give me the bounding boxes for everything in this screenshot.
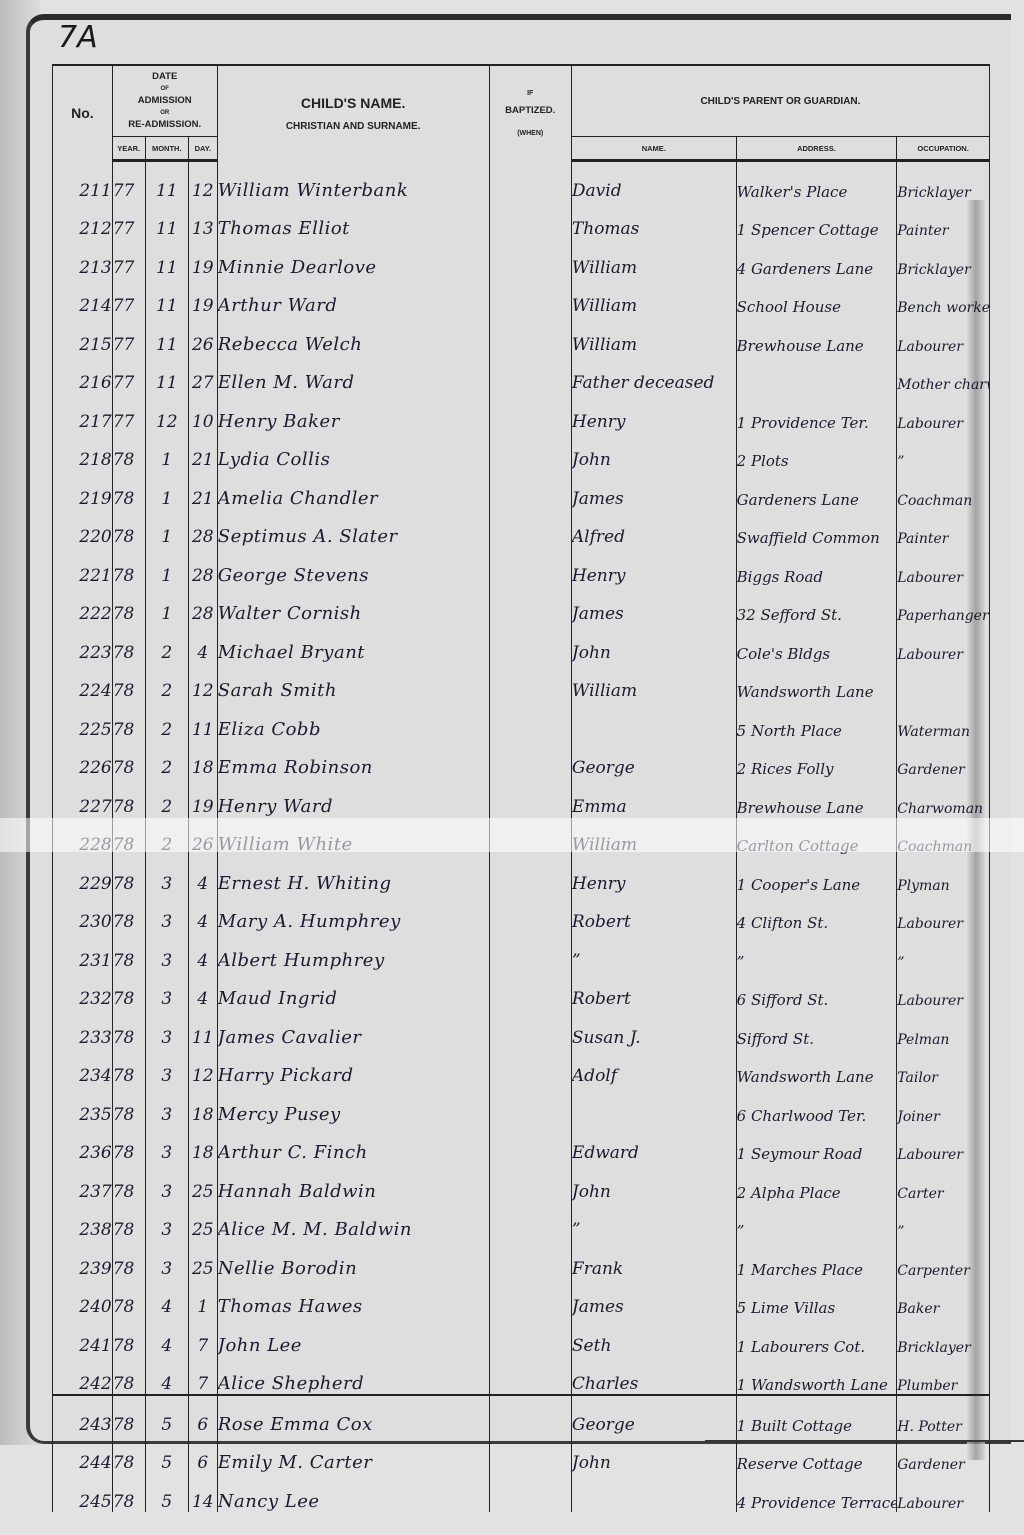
admission-month: 3	[145, 971, 188, 1010]
entry-number: 234	[53, 1048, 113, 1087]
baptized-date	[489, 932, 571, 971]
child-name: Alice M. M. Baldwin	[217, 1202, 489, 1241]
register-row: 213771119Minnie DearloveWilliam4 Gardene…	[53, 239, 990, 278]
entry-number: 231	[53, 932, 113, 971]
parent-occupation: ”	[897, 932, 990, 971]
register-row: 22478212Sarah SmithWilliamWandsworth Lan…	[53, 663, 990, 702]
admission-year: 78	[112, 1086, 145, 1125]
register-row: 24578514Nancy Lee4 Providence TerraceLab…	[53, 1473, 990, 1512]
parent-address: 1 Cooper's Lane	[736, 855, 897, 894]
baptized-date	[489, 1435, 571, 1474]
child-name: William Winterbank	[217, 161, 489, 201]
parent-address: ”	[736, 932, 897, 971]
parent-name: Susan J.	[571, 1009, 736, 1048]
parent-occupation: Pelman	[897, 1009, 990, 1048]
admission-day: 1	[188, 1279, 217, 1318]
child-name: William White	[217, 817, 489, 856]
admission-month: 1	[145, 432, 188, 471]
parent-name	[571, 1473, 736, 1512]
admission-year: 78	[112, 1395, 145, 1435]
child-name: Sarah Smith	[217, 663, 489, 702]
parent-occupation: Gardener	[897, 740, 990, 779]
register-row: 2307834Mary A. HumphreyRobert4 Clifton S…	[53, 894, 990, 933]
entry-number: 212	[53, 201, 113, 240]
child-name: Albert Humphrey	[217, 932, 489, 971]
baptized-date	[489, 1356, 571, 1396]
parent-name: Henry	[571, 547, 736, 586]
header-year: Year.	[112, 137, 145, 161]
admission-month: 11	[145, 316, 188, 355]
header-day: Day.	[188, 137, 217, 161]
parent-name: ”	[571, 1202, 736, 1241]
child-name: John Lee	[217, 1317, 489, 1356]
parent-name: William	[571, 239, 736, 278]
admission-day: 13	[188, 201, 217, 240]
baptized-date	[489, 1240, 571, 1279]
entry-number: 224	[53, 663, 113, 702]
parent-address: 5 Lime Villas	[736, 1279, 897, 1318]
child-name: Walter Cornish	[217, 586, 489, 625]
baptized-date	[489, 201, 571, 240]
admission-year: 78	[112, 432, 145, 471]
admission-month: 4	[145, 1279, 188, 1318]
parent-occupation: Bricklayer	[897, 1317, 990, 1356]
entry-number: 245	[53, 1473, 113, 1512]
child-name: Nellie Borodin	[217, 1240, 489, 1279]
parent-occupation: Carpenter	[897, 1240, 990, 1279]
parent-name	[571, 1086, 736, 1125]
parent-name: Frank	[571, 1240, 736, 1279]
baptized-date	[489, 239, 571, 278]
parent-address: 4 Gardeners Lane	[736, 239, 897, 278]
admission-month: 5	[145, 1435, 188, 1474]
register-row: 2327834Maud IngridRobert6 Sifford St.Lab…	[53, 971, 990, 1010]
admission-day: 4	[188, 894, 217, 933]
parent-name: David	[571, 161, 736, 201]
admission-day: 19	[188, 278, 217, 317]
parent-address: 2 Alpha Place	[736, 1163, 897, 1202]
parent-address: 1 Spencer Cottage	[736, 201, 897, 240]
header-baptized: If Baptized. (When)	[489, 65, 571, 161]
entry-number: 214	[53, 278, 113, 317]
header-parent: Child's Parent or Guardian.	[571, 65, 989, 137]
register-row: 23478312Harry PickardAdolfWandsworth Lan…	[53, 1048, 990, 1087]
child-name: Lydia Collis	[217, 432, 489, 471]
child-name: Arthur C. Finch	[217, 1125, 489, 1164]
admission-day: 25	[188, 1202, 217, 1241]
admission-day: 14	[188, 1473, 217, 1512]
register-row: 22778219Henry WardEmmaBrewhouse LaneChar…	[53, 778, 990, 817]
baptized-date	[489, 278, 571, 317]
header-child-name-sub: Christian and Surname.	[286, 121, 421, 132]
page-number: 7A	[58, 20, 98, 55]
entry-number: 233	[53, 1009, 113, 1048]
register-row: 2427847Alice ShepherdCharles1 Wandsworth…	[53, 1356, 990, 1396]
parent-address: 6 Sifford St.	[736, 971, 897, 1010]
admission-month: 3	[145, 1240, 188, 1279]
admission-day: 21	[188, 470, 217, 509]
parent-address: Cole's Bldgs	[736, 624, 897, 663]
parent-address: Wandsworth Lane	[736, 1048, 897, 1087]
entry-number: 228	[53, 817, 113, 856]
admission-month: 5	[145, 1395, 188, 1435]
register-row: 2317834Albert Humphrey”””	[53, 932, 990, 971]
admission-day: 12	[188, 161, 217, 201]
parent-name	[571, 701, 736, 740]
entry-number: 244	[53, 1435, 113, 1474]
child-name: Amelia Chandler	[217, 470, 489, 509]
header-no: No.	[53, 65, 113, 161]
admission-day: 21	[188, 432, 217, 471]
admission-year: 78	[112, 971, 145, 1010]
entry-number: 215	[53, 316, 113, 355]
admission-year: 78	[112, 740, 145, 779]
admission-day: 11	[188, 1009, 217, 1048]
baptized-date	[489, 1009, 571, 1048]
admission-month: 3	[145, 1048, 188, 1087]
register-row: 22678218Emma RobinsonGeorge2 Rices Folly…	[53, 740, 990, 779]
admission-day: 27	[188, 355, 217, 394]
child-name: Ellen M. Ward	[217, 355, 489, 394]
admission-month: 5	[145, 1473, 188, 1512]
parent-occupation: Labourer	[897, 1473, 990, 1512]
parent-address: ”	[736, 1202, 897, 1241]
parent-occupation: Labourer	[897, 894, 990, 933]
parent-name: William	[571, 316, 736, 355]
parent-occupation: Bricklayer	[897, 161, 990, 201]
admission-register-table: No. Date of Admission or Re-Admission. C…	[52, 64, 990, 1512]
admission-month: 3	[145, 1202, 188, 1241]
parent-name: Charles	[571, 1356, 736, 1396]
parent-name: George	[571, 740, 736, 779]
parent-address: 1 Providence Ter.	[736, 393, 897, 432]
baptized-date	[489, 855, 571, 894]
entry-number: 242	[53, 1356, 113, 1396]
parent-address: 32 Sefford St.	[736, 586, 897, 625]
admission-month: 1	[145, 509, 188, 548]
parent-name: ”	[571, 932, 736, 971]
header-date: Date of Admission or Re-Admission.	[112, 65, 217, 137]
admission-day: 19	[188, 778, 217, 817]
entry-number: 238	[53, 1202, 113, 1241]
parent-occupation: Labourer	[897, 971, 990, 1010]
parent-address: 4 Providence Terrace	[736, 1473, 897, 1512]
child-name: Mary A. Humphrey	[217, 894, 489, 933]
register-row: 22178128George StevensHenryBiggs RoadLab…	[53, 547, 990, 586]
entry-number: 216	[53, 355, 113, 394]
entry-number: 227	[53, 778, 113, 817]
entry-number: 230	[53, 894, 113, 933]
entry-number: 220	[53, 509, 113, 548]
parent-address: 4 Clifton St.	[736, 894, 897, 933]
baptized-date	[489, 547, 571, 586]
child-name: Eliza Cobb	[217, 701, 489, 740]
header-date-line2: Admission	[138, 95, 192, 106]
register-row: 23578318Mercy Pusey6 Charlwood Ter.Joine…	[53, 1086, 990, 1125]
parent-occupation: Baker	[897, 1279, 990, 1318]
header-month: Month.	[145, 137, 188, 161]
admission-year: 78	[112, 778, 145, 817]
entry-number: 232	[53, 971, 113, 1010]
admission-year: 78	[112, 1317, 145, 1356]
parent-name: Robert	[571, 971, 736, 1010]
baptized-date	[489, 1202, 571, 1241]
admission-month: 3	[145, 1125, 188, 1164]
parent-name: Edward	[571, 1125, 736, 1164]
parent-address: 1 Marches Place	[736, 1240, 897, 1279]
header-parent-name: Name.	[571, 137, 736, 161]
parent-name: Robert	[571, 894, 736, 933]
parent-name: James	[571, 470, 736, 509]
admission-year: 78	[112, 1009, 145, 1048]
parent-name: Henry	[571, 855, 736, 894]
admission-day: 6	[188, 1435, 217, 1474]
child-name: Harry Pickard	[217, 1048, 489, 1087]
child-name: Minnie Dearlove	[217, 239, 489, 278]
parent-address: 1 Seymour Road	[736, 1125, 897, 1164]
baptized-date	[489, 894, 571, 933]
admission-month: 1	[145, 586, 188, 625]
admission-month: 1	[145, 547, 188, 586]
parent-address: Brewhouse Lane	[736, 778, 897, 817]
admission-year: 78	[112, 1435, 145, 1474]
parent-occupation: ”	[897, 1202, 990, 1241]
register-row: 2237824Michael BryantJohnCole's BldgsLab…	[53, 624, 990, 663]
parent-occupation: Labourer	[897, 316, 990, 355]
admission-day: 18	[188, 1086, 217, 1125]
baptized-date	[489, 161, 571, 201]
parent-address: 1 Built Cottage	[736, 1395, 897, 1435]
register-row: 23678318Arthur C. FinchEdward1 Seymour R…	[53, 1125, 990, 1164]
baptized-date	[489, 470, 571, 509]
baptized-date	[489, 393, 571, 432]
admission-day: 28	[188, 586, 217, 625]
admission-month: 3	[145, 1163, 188, 1202]
admission-year: 78	[112, 663, 145, 702]
parent-occupation: Painter	[897, 201, 990, 240]
child-name: Ernest H. Whiting	[217, 855, 489, 894]
admission-month: 11	[145, 201, 188, 240]
parent-address: Carlton Cottage	[736, 817, 897, 856]
header-parent-title: Child's Parent or Guardian.	[700, 96, 860, 107]
admission-year: 77	[112, 393, 145, 432]
admission-year: 77	[112, 201, 145, 240]
baptized-date	[489, 1395, 571, 1435]
child-name: Michael Bryant	[217, 624, 489, 663]
parent-name: John	[571, 432, 736, 471]
entry-number: 223	[53, 624, 113, 663]
baptized-date	[489, 1317, 571, 1356]
parent-occupation: Tailor	[897, 1048, 990, 1087]
child-name: Hannah Baldwin	[217, 1163, 489, 1202]
admission-year: 78	[112, 586, 145, 625]
admission-year: 78	[112, 932, 145, 971]
parent-name: Father deceased	[571, 355, 736, 394]
baptized-date	[489, 1086, 571, 1125]
parent-occupation: Labourer	[897, 1125, 990, 1164]
admission-year: 78	[112, 1202, 145, 1241]
register-row: 22578211Eliza Cobb5 North PlaceWaterman	[53, 701, 990, 740]
baptized-date	[489, 1163, 571, 1202]
admission-day: 18	[188, 1125, 217, 1164]
admission-day: 18	[188, 740, 217, 779]
child-name: Rose Emma Cox	[217, 1395, 489, 1435]
header-no-label: No.	[71, 105, 94, 121]
baptized-date	[489, 663, 571, 702]
parent-name: Adolf	[571, 1048, 736, 1087]
parent-occupation: Labourer	[897, 624, 990, 663]
parent-name: James	[571, 1279, 736, 1318]
admission-year: 77	[112, 316, 145, 355]
baptized-date	[489, 1279, 571, 1318]
register-row: 21878121Lydia CollisJohn2 Plots”	[53, 432, 990, 471]
parent-address: Walker's Place	[736, 161, 897, 201]
admission-month: 11	[145, 239, 188, 278]
parent-name: Emma	[571, 778, 736, 817]
child-name: Henry Baker	[217, 393, 489, 432]
admission-month: 2	[145, 663, 188, 702]
parent-address	[736, 355, 897, 394]
parent-occupation: Charwoman	[897, 778, 990, 817]
admission-year: 78	[112, 701, 145, 740]
parent-name: William	[571, 817, 736, 856]
entry-number: 219	[53, 470, 113, 509]
child-name: James Cavalier	[217, 1009, 489, 1048]
register-row: 2417847John LeeSeth1 Labourers Cot.Brick…	[53, 1317, 990, 1356]
child-name: Thomas Hawes	[217, 1279, 489, 1318]
register-row: 212771113Thomas ElliotThomas1 Spencer Co…	[53, 201, 990, 240]
parent-address: 5 North Place	[736, 701, 897, 740]
baptized-date	[489, 740, 571, 779]
header-date-line3: Re-Admission.	[128, 119, 201, 130]
baptized-date	[489, 971, 571, 1010]
parent-address: Sifford St.	[736, 1009, 897, 1048]
child-name: Arthur Ward	[217, 278, 489, 317]
parent-address: Biggs Road	[736, 547, 897, 586]
register-row: 23778325Hannah BaldwinJohn2 Alpha PlaceC…	[53, 1163, 990, 1202]
child-name: Mercy Pusey	[217, 1086, 489, 1125]
admission-day: 28	[188, 547, 217, 586]
parent-address: 2 Rices Folly	[736, 740, 897, 779]
admission-day: 7	[188, 1317, 217, 1356]
admission-month: 2	[145, 778, 188, 817]
register-row: 215771126Rebecca WelchWilliamBrewhouse L…	[53, 316, 990, 355]
entry-number: 243	[53, 1395, 113, 1435]
header-date-or: or	[113, 107, 217, 119]
admission-day: 10	[188, 393, 217, 432]
parent-occupation: Bricklayer	[897, 239, 990, 278]
admission-day: 4	[188, 624, 217, 663]
admission-day: 28	[188, 509, 217, 548]
admission-year: 78	[112, 817, 145, 856]
entry-number: 218	[53, 432, 113, 471]
admission-month: 11	[145, 355, 188, 394]
parent-name: Thomas	[571, 201, 736, 240]
admission-month: 2	[145, 624, 188, 663]
parent-name: Alfred	[571, 509, 736, 548]
page-bottom-rule	[705, 1440, 1024, 1442]
register-row: 23978325Nellie BorodinFrank1 Marches Pla…	[53, 1240, 990, 1279]
parent-occupation: Labourer	[897, 393, 990, 432]
admission-year: 77	[112, 278, 145, 317]
register-row: 2437856Rose Emma CoxGeorge1 Built Cottag…	[53, 1395, 990, 1435]
child-name: Nancy Lee	[217, 1473, 489, 1512]
register-row: 2407841Thomas HawesJames5 Lime VillasBak…	[53, 1279, 990, 1318]
entry-number: 217	[53, 393, 113, 432]
parent-address: Wandsworth Lane	[736, 663, 897, 702]
admission-year: 78	[112, 1240, 145, 1279]
admission-month: 2	[145, 740, 188, 779]
admission-day: 25	[188, 1163, 217, 1202]
admission-day: 4	[188, 971, 217, 1010]
entry-number: 226	[53, 740, 113, 779]
admission-month: 4	[145, 1356, 188, 1396]
parent-occupation: Paperhanger	[897, 586, 990, 625]
admission-year: 78	[112, 470, 145, 509]
admission-day: 19	[188, 239, 217, 278]
admission-year: 78	[112, 624, 145, 663]
parent-occupation	[897, 663, 990, 702]
parent-occupation: Coachman	[897, 817, 990, 856]
admission-year: 77	[112, 355, 145, 394]
entry-number: 211	[53, 161, 113, 201]
parent-name: Henry	[571, 393, 736, 432]
parent-name: William	[571, 278, 736, 317]
admission-day: 26	[188, 817, 217, 856]
parent-address: 1 Labourers Cot.	[736, 1317, 897, 1356]
admission-day: 7	[188, 1356, 217, 1396]
baptized-date	[489, 1473, 571, 1512]
baptized-date	[489, 316, 571, 355]
parent-occupation: Waterman	[897, 701, 990, 740]
entry-number: 237	[53, 1163, 113, 1202]
parent-address: 1 Wandsworth Lane	[736, 1356, 897, 1396]
parent-address: 6 Charlwood Ter.	[736, 1086, 897, 1125]
parent-occupation: Plyman	[897, 855, 990, 894]
admission-day: 26	[188, 316, 217, 355]
header-baptized-when: (When)	[490, 130, 571, 137]
admission-year: 78	[112, 1356, 145, 1396]
parent-occupation: Carter	[897, 1163, 990, 1202]
admission-year: 78	[112, 1163, 145, 1202]
parent-name: William	[571, 663, 736, 702]
baptized-date	[489, 355, 571, 394]
parent-occupation: H. Potter	[897, 1395, 990, 1435]
baptized-date	[489, 778, 571, 817]
header-child-name: Child's Name. Christian and Surname.	[217, 65, 489, 161]
child-name: Septimus A. Slater	[217, 509, 489, 548]
register-row: 22078128Septimus A. SlaterAlfredSwaffiel…	[53, 509, 990, 548]
admission-year: 78	[112, 547, 145, 586]
parent-occupation: Painter	[897, 509, 990, 548]
parent-occupation: Coachman	[897, 470, 990, 509]
child-name: Thomas Elliot	[217, 201, 489, 240]
child-name: Emma Robinson	[217, 740, 489, 779]
admission-year: 78	[112, 894, 145, 933]
header-parent-address: Address.	[736, 137, 897, 161]
register-row: 216771127Ellen M. WardFather deceasedMot…	[53, 355, 990, 394]
admission-month: 3	[145, 855, 188, 894]
parent-name: John	[571, 1163, 736, 1202]
entry-number: 213	[53, 239, 113, 278]
admission-year: 77	[112, 161, 145, 201]
child-name: Maud Ingrid	[217, 971, 489, 1010]
admission-year: 78	[112, 1279, 145, 1318]
register-row: 23378311James CavalierSusan J.Sifford St…	[53, 1009, 990, 1048]
parent-occupation: Joiner	[897, 1086, 990, 1125]
admission-year: 78	[112, 855, 145, 894]
admission-year: 77	[112, 239, 145, 278]
